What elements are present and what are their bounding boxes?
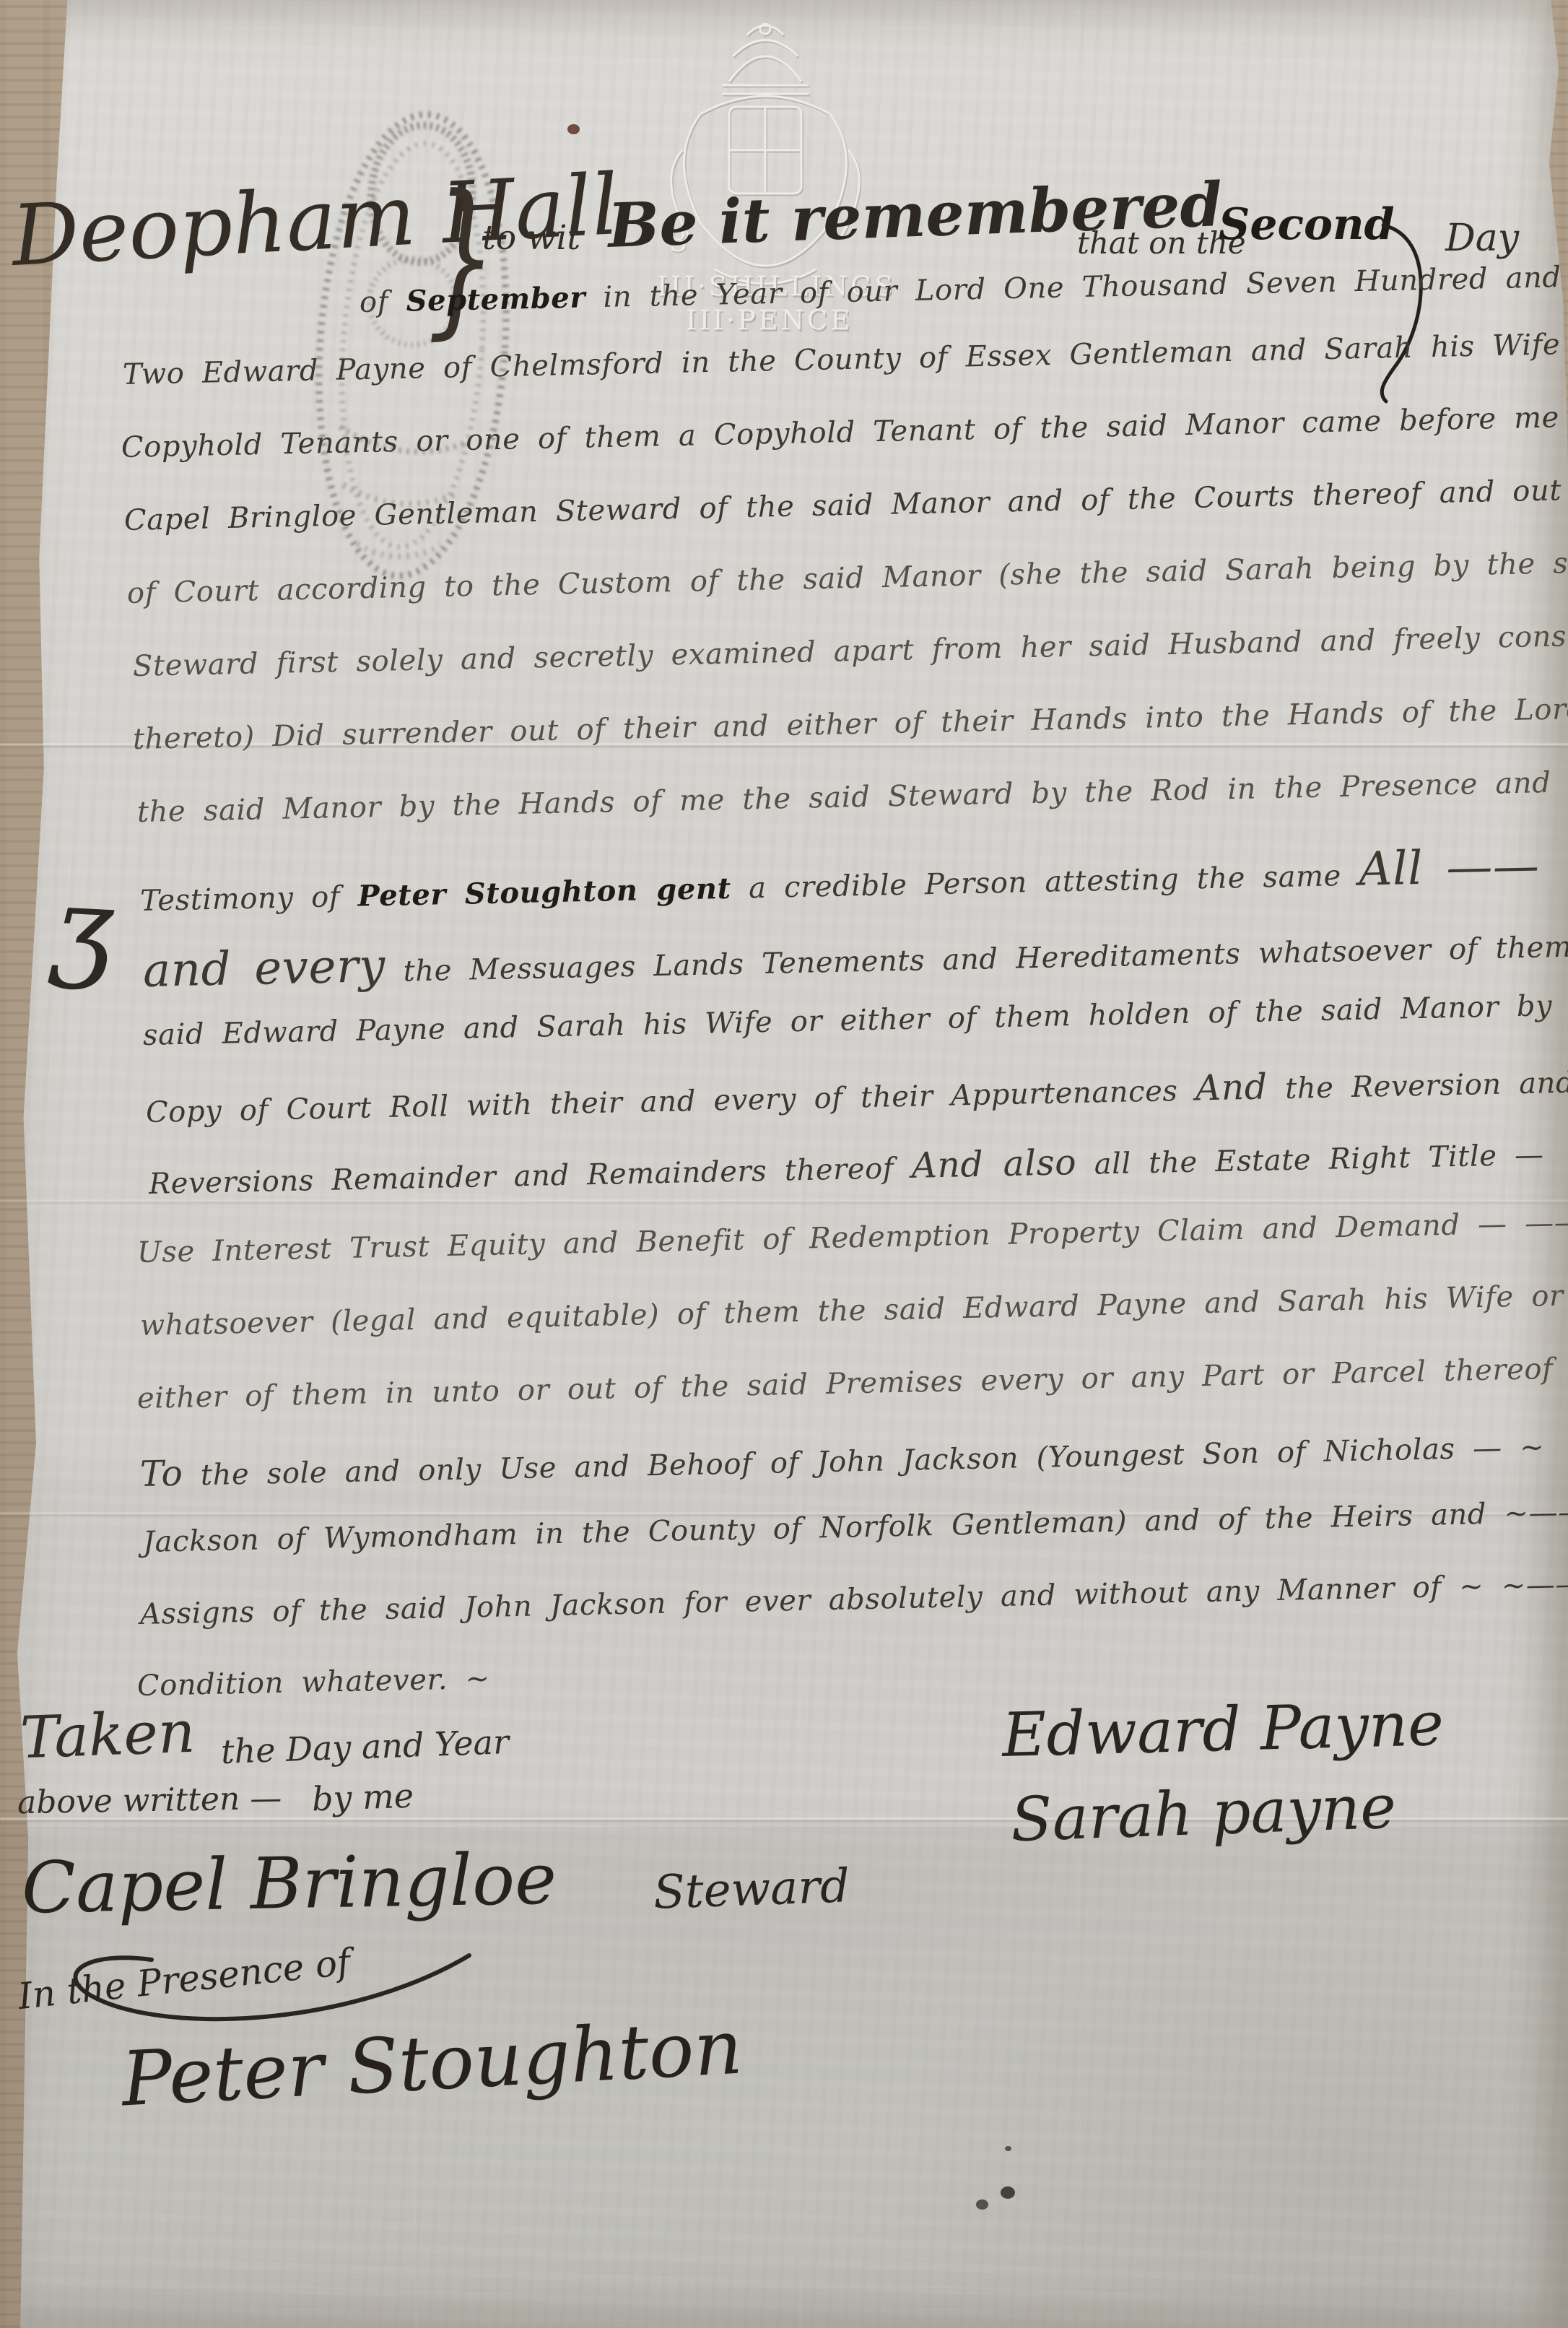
signature-sarah-payne: Sarah payne [1009,1771,1397,1856]
ink-blot-top [567,124,580,134]
fold-crease-horizontal-2 [0,1200,1568,1204]
closing-taken-word: Taken [19,1698,196,1771]
line-text: the Reversion and [1267,1067,1568,1106]
ink-speck-2 [1001,2186,1015,2199]
inserted-word-september: September [406,280,585,318]
emphasis-and-every: and every [142,939,386,998]
heading-day-label: Day [1445,217,1519,260]
margin-brace-mark: ʒ [48,862,117,993]
line-text: Testimony of [140,880,358,918]
closing-by-me: by me [311,1776,414,1819]
signature-capel-bringloe: Capel Bringloe [21,1838,557,1930]
heading-to-wit: to wit [482,218,580,258]
ink-speck-3 [976,2199,988,2210]
signature-steward-title: Steward [653,1859,850,1919]
inserted-witness-name: Peter Stoughton gent [357,872,731,913]
closing-above-written: above written — [17,1780,282,1821]
emphasis-and-also: And also [911,1142,1077,1186]
photo-of-manuscript: 3 3 III·SHILLINGS III·SHILLINGS III·PENC… [0,0,1568,2328]
emphasis-all: All —— [1358,839,1540,896]
emphasis-and: And [1195,1066,1268,1108]
heading-day-value: Second [1219,199,1395,250]
line-text: a credible Person attesting the same [731,859,1359,905]
line-text: of [360,285,407,319]
ink-speck-1 [1005,2146,1011,2151]
signature-edward-payne: Edward Payne [1001,1688,1445,1771]
emphasis-to: To [139,1453,183,1495]
